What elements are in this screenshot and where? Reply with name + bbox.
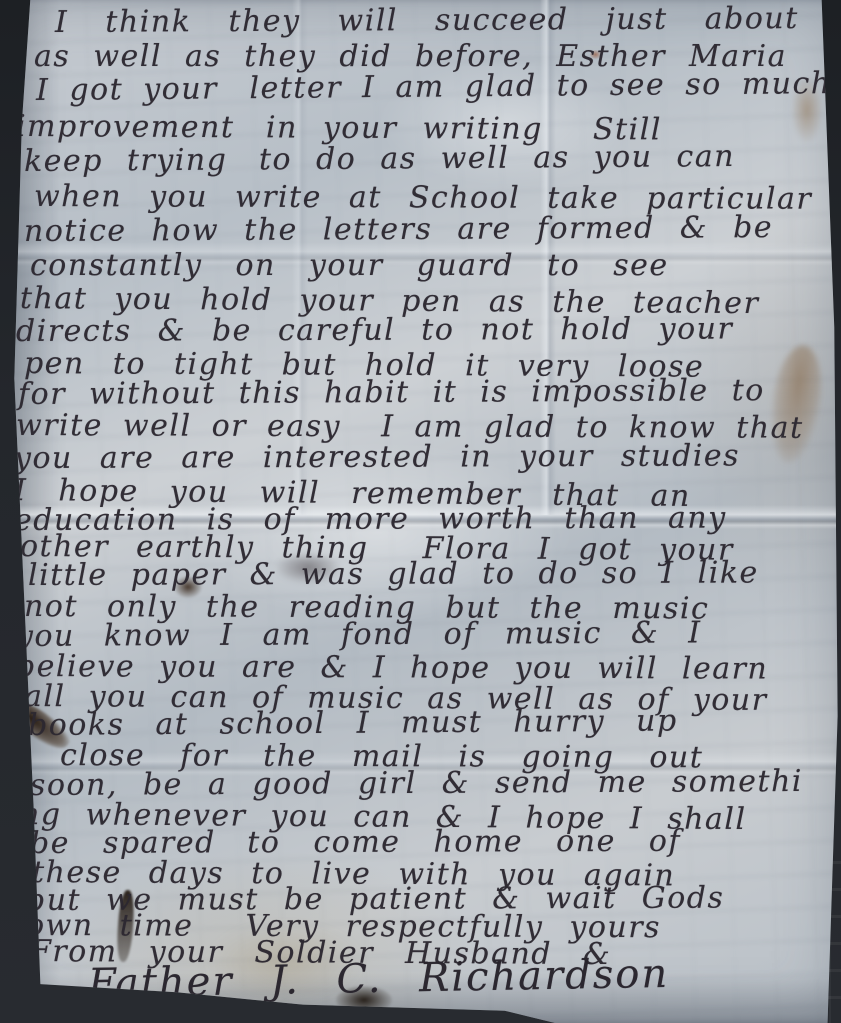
letter-line: directs & be careful to not hold your [16,314,733,347]
letter-line: soon, be a good girl & send me somethi [30,767,803,801]
letter-line: notice how the letters are formed & be [24,213,773,247]
letter-paper: I think they will succeed just about as … [0,0,841,1023]
letter-line: keep trying to do as well as you can [24,142,735,177]
letter-line: constantly on your guard to see [30,251,669,281]
photo-of-letter: { "colors": { "backdrop": "#23262b", "pa… [0,0,841,1023]
letter-line: books at school I must hurry up [28,706,678,741]
letter-line: you know I am fond of music & I [16,618,702,652]
letter-line: I got your letter I am glad to see so mu… [36,69,832,106]
letter-line: little paper & was glad to do so I like [28,558,759,591]
letter-line: for without this habit it is impossible … [18,376,765,410]
letter-line: be spared to come home one of [30,827,681,859]
letter-line: I think they will succeed just about [55,4,799,38]
letter-line: you are are interested in your studies [14,441,740,474]
